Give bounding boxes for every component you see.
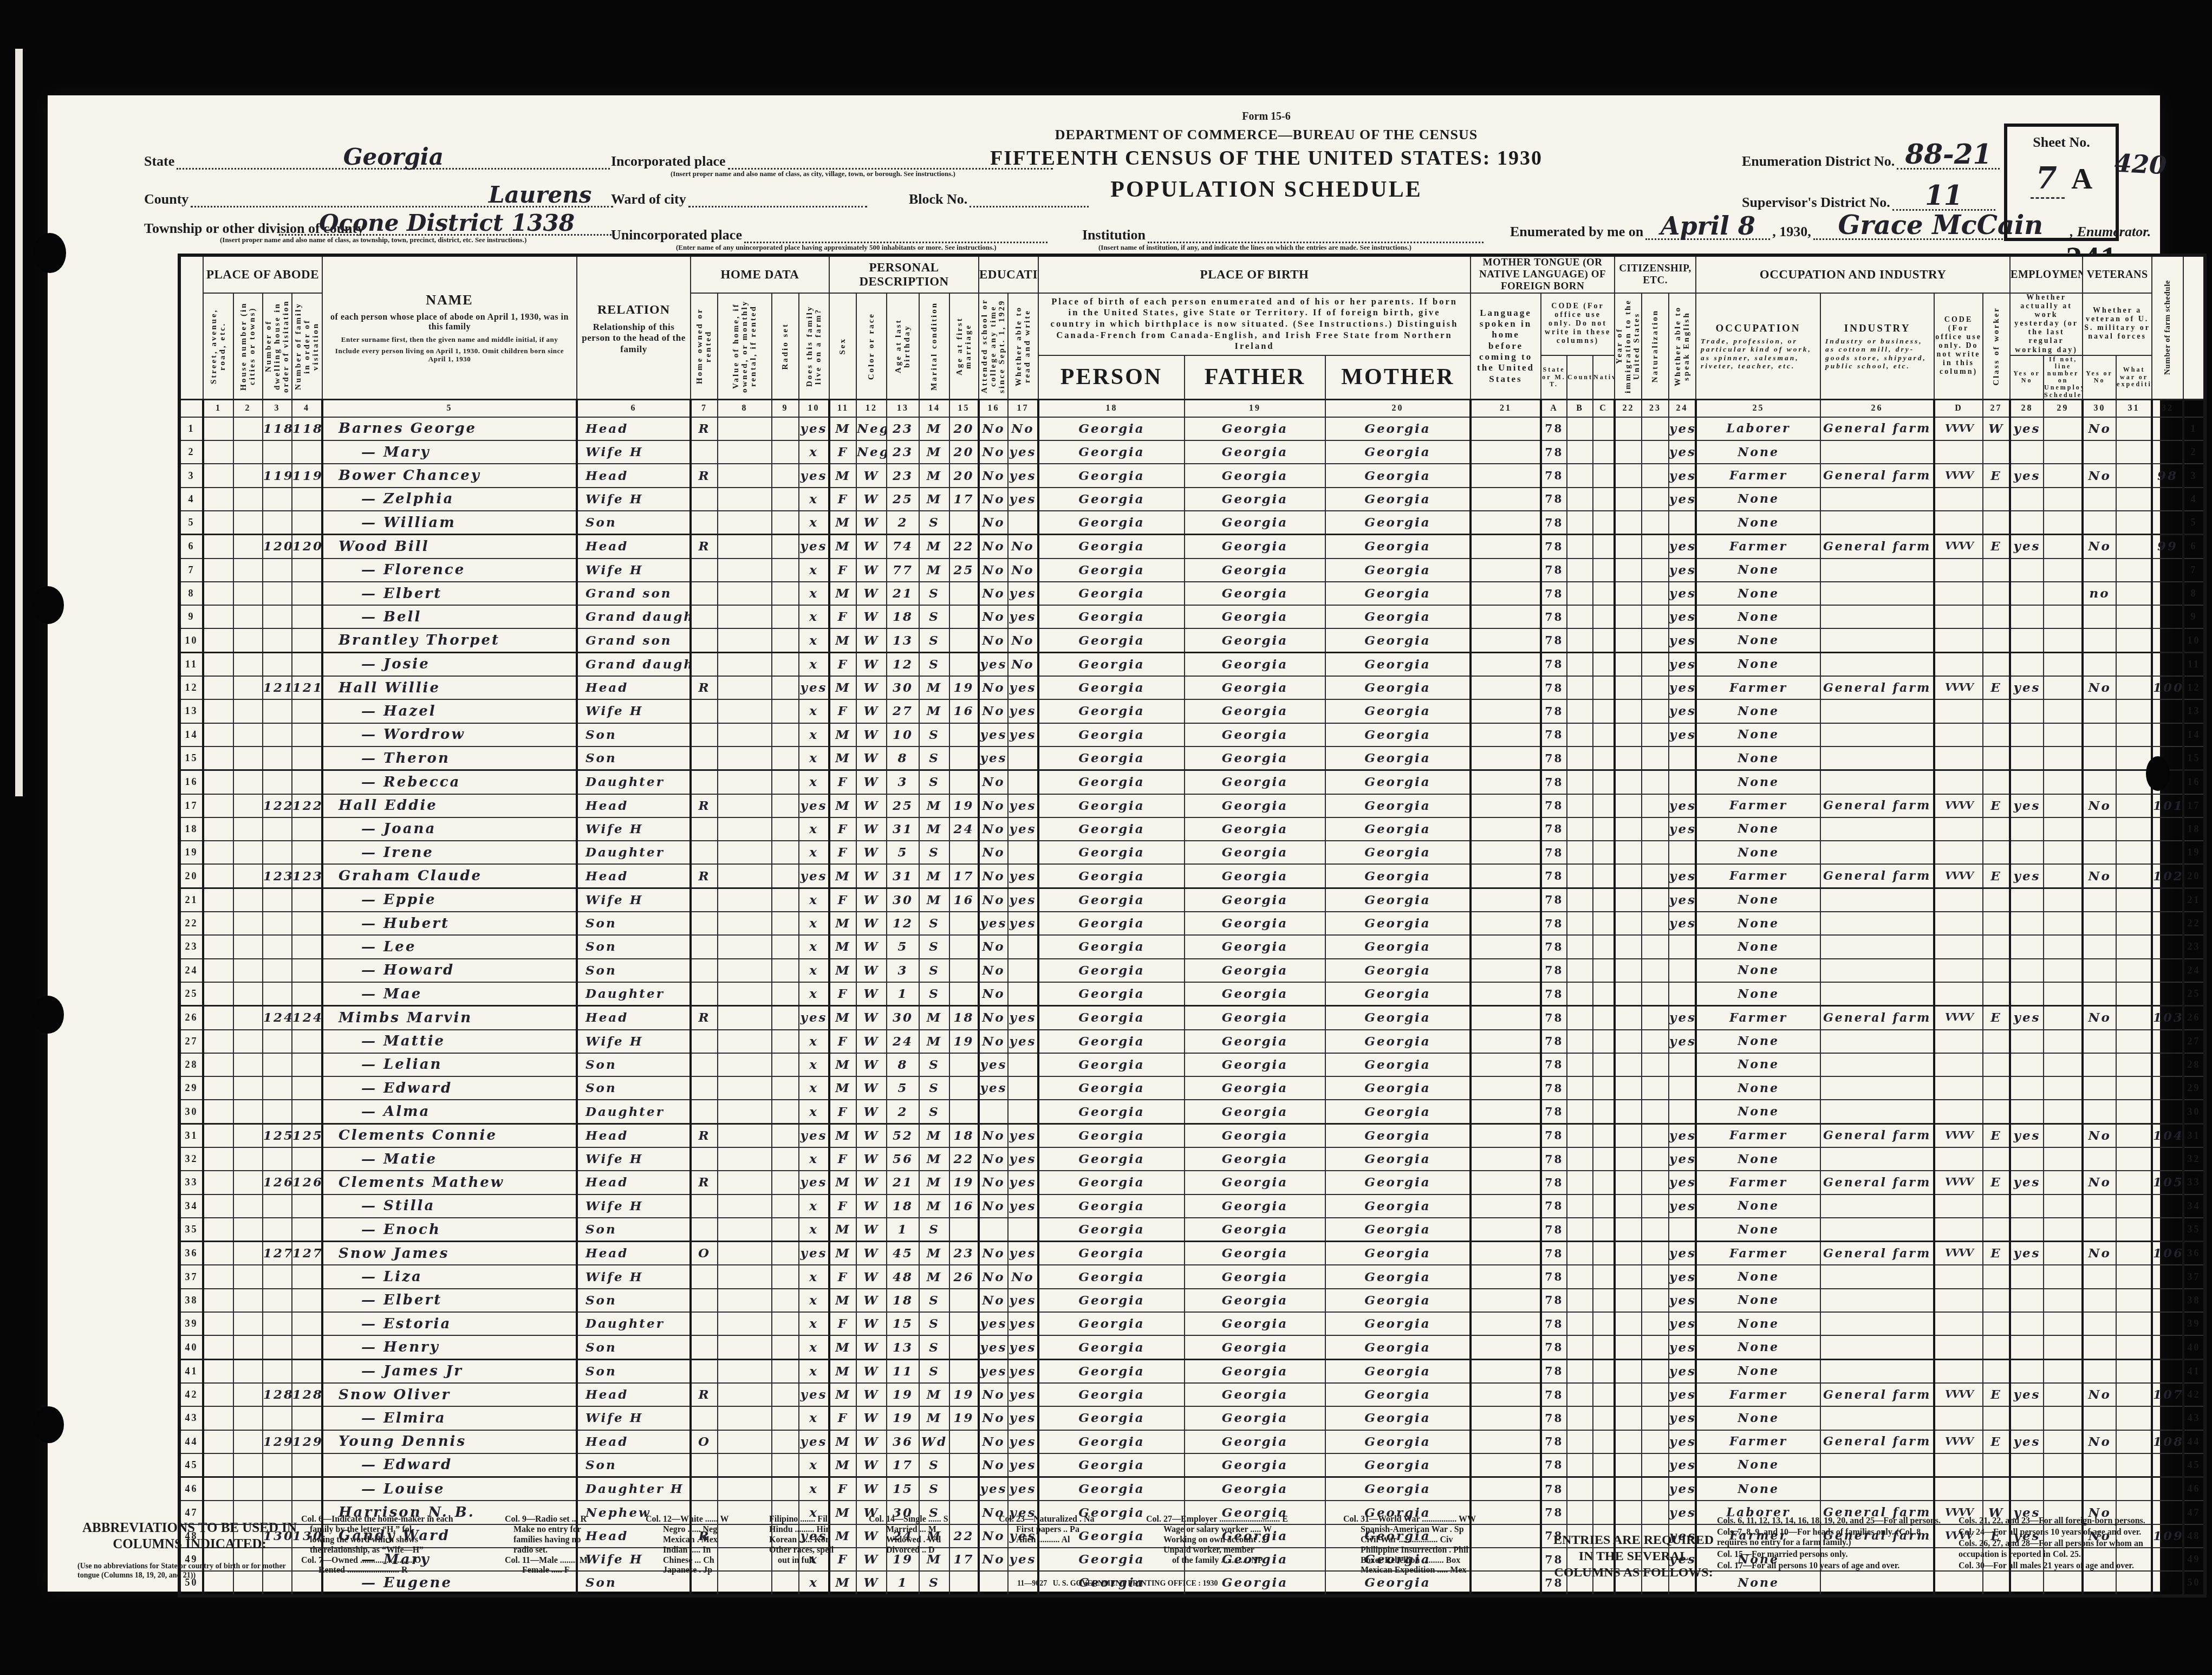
read-write: yes: [1008, 1124, 1038, 1147]
line-number: 44: [179, 1430, 203, 1453]
entries-rule: Cols. 6, 11, 12, 13, 14, 16, 18, 19, 20,…: [1717, 1516, 1950, 1526]
code-d: [1934, 1453, 1983, 1477]
occupation: None: [1696, 652, 1820, 676]
farm: x: [799, 1406, 829, 1430]
occupation: None: [1696, 982, 1820, 1006]
code-b: [1567, 841, 1593, 864]
code-d: [1934, 1053, 1983, 1076]
farm: yes: [799, 417, 829, 440]
immigration-year: [1615, 1477, 1642, 1501]
radio-set: [772, 959, 799, 982]
birthplace-mother: Georgia: [1325, 440, 1471, 464]
code-a: 78: [1541, 770, 1567, 794]
marital-condition: M: [919, 488, 949, 511]
farm-schedule: [2152, 1359, 2183, 1383]
street: [203, 559, 233, 582]
birthplace: Georgia: [1038, 1265, 1185, 1288]
code-c: [1593, 746, 1615, 770]
family-number: [292, 1265, 322, 1288]
line-number: 10: [179, 628, 203, 652]
immigration-year: [1615, 559, 1642, 582]
col-farm: Does this family live on a farm?: [799, 293, 829, 399]
read-write: yes: [1008, 1171, 1038, 1194]
relation: Head: [577, 1171, 691, 1194]
relation: Head: [577, 1383, 691, 1406]
speaks-english: yes: [1669, 1359, 1696, 1383]
class-of-worker: [1983, 841, 2010, 864]
sex: F: [829, 1194, 856, 1218]
institution-field: Institution (Insert name of institution,…: [1082, 223, 1484, 252]
code-d: [1934, 1289, 1983, 1312]
family-number: 118: [292, 417, 322, 440]
radio-set: [772, 464, 799, 487]
relation: Grand daughter: [577, 652, 691, 676]
family-number: [292, 1147, 322, 1171]
farm-schedule: [2152, 1312, 2183, 1335]
home-owned: [691, 582, 718, 605]
war: [2116, 959, 2152, 982]
birthplace-father: Georgia: [1185, 1242, 1325, 1265]
age: 52: [887, 1124, 919, 1147]
immigration-year: [1615, 912, 1642, 935]
age: 8: [887, 1053, 919, 1076]
abbreviation-block: Col. 12—White ...... W Negro ...... Neg …: [646, 1515, 728, 1576]
speaks-english: yes: [1669, 676, 1696, 699]
unemployment-line: [2044, 1006, 2083, 1030]
age: 12: [887, 912, 919, 935]
dwelling-number: [263, 1335, 292, 1359]
code-b: [1567, 605, 1593, 628]
group-veterans: VETERANS: [2083, 255, 2152, 293]
dwelling-number: [263, 559, 292, 582]
color-race: W: [856, 1359, 887, 1383]
home-owned: R: [691, 676, 718, 699]
war: [2116, 440, 2152, 464]
marital-condition: M: [919, 1242, 949, 1265]
home-value: [718, 1076, 772, 1100]
line-number: 3: [179, 464, 203, 487]
table-row: 42128128Snow OliverHeadRyesMW19M19NoyesG…: [179, 1383, 2205, 1406]
farm: yes: [799, 1171, 829, 1194]
industry: General farm: [1820, 1383, 1934, 1406]
marital-condition: S: [919, 1053, 949, 1076]
birthplace: Georgia: [1038, 628, 1185, 652]
farm: x: [799, 1335, 829, 1359]
group-name: NAME of each person whose place of abode…: [322, 255, 577, 399]
immigration-year: [1615, 1100, 1642, 1124]
column-number: 2: [233, 399, 263, 417]
speaks-english: [1669, 841, 1696, 864]
birthplace-father: Georgia: [1185, 1430, 1325, 1453]
language: [1471, 1218, 1541, 1242]
house-number: [233, 628, 263, 652]
birthplace-mother: Georgia: [1325, 511, 1471, 535]
speaks-english: yes: [1669, 1147, 1696, 1171]
code-c: [1593, 1194, 1615, 1218]
home-owned: [691, 1359, 718, 1383]
school: No: [979, 699, 1008, 723]
sex: F: [829, 982, 856, 1006]
house-number: [233, 417, 263, 440]
immigration-year: [1615, 699, 1642, 723]
relation: Son: [577, 1218, 691, 1242]
abbreviation-line: Female ..... F: [505, 1566, 588, 1576]
code-a: 78: [1541, 817, 1567, 841]
birthplace-father: Georgia: [1185, 1406, 1325, 1430]
code-b: [1567, 1076, 1593, 1100]
read-write: yes: [1008, 888, 1038, 912]
language: [1471, 440, 1541, 464]
school: No: [979, 1030, 1008, 1053]
code-c: [1593, 723, 1615, 746]
home-value: [718, 1242, 772, 1265]
language: [1471, 417, 1541, 440]
marital-condition: S: [919, 1076, 949, 1100]
col-school: Attended school or college any time sinc…: [979, 293, 1008, 399]
radio-set: [772, 628, 799, 652]
age: 13: [887, 1335, 919, 1359]
street: [203, 1124, 233, 1147]
unemployment-line: [2044, 746, 2083, 770]
age: 1: [887, 1218, 919, 1242]
house-number: [233, 1076, 263, 1100]
code-a: 78: [1541, 1171, 1567, 1194]
table-row: 33126126Clements MathewHeadRyesMW21M19No…: [179, 1171, 2205, 1194]
house-number: [233, 982, 263, 1006]
line-number: 34: [179, 1194, 203, 1218]
code-c: [1593, 464, 1615, 487]
farm: x: [799, 440, 829, 464]
naturalization: [1642, 1171, 1669, 1194]
birthplace: Georgia: [1038, 864, 1185, 888]
home-owned: [691, 912, 718, 935]
code-a: 78: [1541, 1430, 1567, 1453]
radio-set: [772, 699, 799, 723]
school: No: [979, 888, 1008, 912]
relation: Son: [577, 723, 691, 746]
color-race: W: [856, 1194, 887, 1218]
column-number: 17: [1008, 399, 1038, 417]
house-number: [233, 440, 263, 464]
code-d: [1934, 1477, 1983, 1501]
name: — Edward: [322, 1453, 577, 1477]
naturalization: [1642, 1242, 1669, 1265]
county-field: County Laurens: [144, 187, 613, 207]
immigration-year: [1615, 1265, 1642, 1288]
code-c: [1593, 1265, 1615, 1288]
column-number: 25: [1696, 399, 1820, 417]
house-number: [233, 1312, 263, 1335]
relation: Daughter: [577, 1312, 691, 1335]
at-work: [2010, 440, 2044, 464]
read-write: [1008, 1100, 1038, 1124]
punch-hole: [32, 586, 64, 624]
abbreviation-line: Japanese . Jp: [646, 1566, 728, 1576]
street: [203, 605, 233, 628]
home-value: [718, 1100, 772, 1124]
age: 23: [887, 464, 919, 487]
table-row: 8— ElbertGrand sonxMW21SNoyesGeorgiaGeor…: [179, 582, 2205, 605]
code-b: [1567, 652, 1593, 676]
family-number: [292, 699, 322, 723]
line-number: 30: [179, 1100, 203, 1124]
line-number: 26: [179, 1006, 203, 1030]
col-read-write: Whether able to read and write: [1008, 293, 1038, 399]
age-first-marriage: 19: [949, 1406, 979, 1430]
column-number: 22: [1615, 399, 1642, 417]
table-row: 18— JoanaWife HxFW31M24NoyesGeorgiaGeorg…: [179, 817, 2205, 841]
immigration-year: [1615, 1218, 1642, 1242]
code-d: [1934, 652, 1983, 676]
farm-schedule: [2152, 817, 2183, 841]
table-row: 27— MattieWife HxFW24M19NoyesGeorgiaGeor…: [179, 1030, 2205, 1053]
line-number: 43: [179, 1406, 203, 1430]
relation: Son: [577, 959, 691, 982]
home-owned: [691, 888, 718, 912]
at-work: yes: [2010, 1171, 2044, 1194]
code-a: 78: [1541, 794, 1567, 817]
school: No: [979, 770, 1008, 794]
abbreviation-line: families having no: [505, 1535, 588, 1546]
age-first-marriage: 16: [949, 1194, 979, 1218]
veteran: [2083, 912, 2116, 935]
col-code-state: State or M. T.: [1541, 355, 1567, 400]
farm: x: [799, 1477, 829, 1501]
relation: Head: [577, 1124, 691, 1147]
farm: yes: [799, 1383, 829, 1406]
at-work: [2010, 1076, 2044, 1100]
code-a: 78: [1541, 841, 1567, 864]
language: [1471, 699, 1541, 723]
unemployment-line: [2044, 699, 2083, 723]
naturalization: [1642, 464, 1669, 487]
age: 5: [887, 841, 919, 864]
home-owned: [691, 959, 718, 982]
age-first-marriage: [949, 1477, 979, 1501]
ward-label: Ward of city: [611, 191, 686, 207]
occupation: None: [1696, 746, 1820, 770]
school: yes: [979, 1076, 1008, 1100]
birthplace: Georgia: [1038, 1030, 1185, 1053]
relation: Head: [577, 417, 691, 440]
farm-schedule: [2152, 888, 2183, 912]
name: — Wordrow: [322, 723, 577, 746]
language: [1471, 1030, 1541, 1053]
line-number-right: 15: [2183, 746, 2205, 770]
sex: M: [829, 1218, 856, 1242]
farm: x: [799, 559, 829, 582]
marital-condition: S: [919, 1312, 949, 1335]
line-number: 23: [179, 935, 203, 958]
relation: Wife H: [577, 817, 691, 841]
farm: x: [799, 1312, 829, 1335]
industry: [1820, 1312, 1934, 1335]
code-c: [1593, 935, 1615, 958]
veteran: No: [2083, 1171, 2116, 1194]
school: No: [979, 676, 1008, 699]
name: Clements Connie: [322, 1124, 577, 1147]
industry: General farm: [1820, 676, 1934, 699]
farm-schedule: [2152, 1453, 2183, 1477]
code-c: [1593, 1053, 1615, 1076]
radio-set: [772, 1430, 799, 1453]
home-owned: [691, 1312, 718, 1335]
group-personal-description: PERSONAL DESCRIPTION: [829, 255, 979, 293]
line-number: 45: [179, 1453, 203, 1477]
col-birthplace-person: PERSON: [1038, 355, 1185, 400]
code-d: [1934, 841, 1983, 864]
language: [1471, 1453, 1541, 1477]
marital-condition: S: [919, 511, 949, 535]
age: 17: [887, 1453, 919, 1477]
street: [203, 582, 233, 605]
language: [1471, 959, 1541, 982]
class-of-worker: [1983, 440, 2010, 464]
ed-line: 88-21: [1897, 150, 2000, 170]
family-number: [292, 1053, 322, 1076]
birthplace: Georgia: [1038, 488, 1185, 511]
industry: [1820, 1053, 1934, 1076]
home-value: [718, 440, 772, 464]
at-work: [2010, 746, 2044, 770]
class-of-worker: [1983, 488, 2010, 511]
birthplace-father: Georgia: [1185, 1053, 1325, 1076]
age-first-marriage: 18: [949, 1124, 979, 1147]
read-write: yes: [1008, 1359, 1038, 1383]
farm: x: [799, 1053, 829, 1076]
sex: F: [829, 1406, 856, 1430]
unemployment-line: [2044, 605, 2083, 628]
home-value: [718, 1006, 772, 1030]
speaks-english: yes: [1669, 559, 1696, 582]
naturalization: [1642, 888, 1669, 912]
house-number: [233, 912, 263, 935]
table-row: 20123123Graham ClaudeHeadRyesMW31M17Noye…: [179, 864, 2205, 888]
radio-set: [772, 511, 799, 535]
unemployment-line: [2044, 628, 2083, 652]
naturalization: [1642, 582, 1669, 605]
col-occupation: OCCUPATION Trade, profession, or particu…: [1696, 293, 1820, 399]
abbreviation-line: Col. 12—White ...... W: [646, 1515, 728, 1525]
margin-note: 420: [2114, 148, 2168, 180]
read-write: yes: [1008, 1383, 1038, 1406]
line-number: 38: [179, 1289, 203, 1312]
class-of-worker: [1983, 652, 2010, 676]
read-write: [1008, 935, 1038, 958]
township-line: Ocone District 1338: [279, 216, 615, 236]
code-c: [1593, 582, 1615, 605]
street: [203, 1312, 233, 1335]
home-value: [718, 1406, 772, 1430]
home-owned: [691, 652, 718, 676]
birthplace: Georgia: [1038, 582, 1185, 605]
col-immigration-year: Year of immigration to the United States: [1615, 293, 1642, 399]
speaks-english: yes: [1669, 1406, 1696, 1430]
sex: M: [829, 464, 856, 487]
color-race: W: [856, 723, 887, 746]
code-d: [1934, 912, 1983, 935]
code-d: [1934, 817, 1983, 841]
radio-set: [772, 535, 799, 559]
radio-set: [772, 582, 799, 605]
house-number: [233, 1406, 263, 1430]
color-race: W: [856, 770, 887, 794]
sex: F: [829, 1265, 856, 1288]
birthplace-mother: Georgia: [1325, 1030, 1471, 1053]
home-value: [718, 864, 772, 888]
veteran: [2083, 1147, 2116, 1171]
color-race: W: [856, 1477, 887, 1501]
table-row: 9— BellGrand daughterxFW18SNoyesGeorgiaG…: [179, 605, 2205, 628]
code-c: [1593, 1076, 1615, 1100]
line-number: 17: [179, 794, 203, 817]
birthplace-mother: Georgia: [1325, 1430, 1471, 1453]
speaks-english: yes: [1669, 1383, 1696, 1406]
language: [1471, 888, 1541, 912]
age-first-marriage: 26: [949, 1265, 979, 1288]
language: [1471, 1124, 1541, 1147]
class-of-worker: [1983, 511, 2010, 535]
radio-set: [772, 1335, 799, 1359]
veteran: [2083, 817, 2116, 841]
sex: F: [829, 888, 856, 912]
table-row: 13— HazelWife HxFW27M16NoyesGeorgiaGeorg…: [179, 699, 2205, 723]
birthplace-mother: Georgia: [1325, 1406, 1471, 1430]
birthplace-mother: Georgia: [1325, 1147, 1471, 1171]
language: [1471, 488, 1541, 511]
marital-condition: S: [919, 1453, 949, 1477]
column-number: 23: [1642, 399, 1669, 417]
age-first-marriage: [949, 605, 979, 628]
code-d: [1934, 1076, 1983, 1100]
war: [2116, 1406, 2152, 1430]
relation: Wife H: [577, 1030, 691, 1053]
sex: M: [829, 417, 856, 440]
birthplace-father: Georgia: [1185, 440, 1325, 464]
relation: Head: [577, 1242, 691, 1265]
column-number: 19: [1185, 399, 1325, 417]
dwelling-number: [263, 652, 292, 676]
line-col-header: [179, 255, 203, 399]
birthplace-father: Georgia: [1185, 699, 1325, 723]
birthplace: Georgia: [1038, 1430, 1185, 1453]
language: [1471, 817, 1541, 841]
birthplace: Georgia: [1038, 1218, 1185, 1242]
sex: F: [829, 817, 856, 841]
street: [203, 912, 233, 935]
code-a: 78: [1541, 1100, 1567, 1124]
code-b: [1567, 888, 1593, 912]
naturalization: [1642, 699, 1669, 723]
veteran: [2083, 746, 2116, 770]
family-number: 128: [292, 1383, 322, 1406]
occupation: None: [1696, 912, 1820, 935]
code-a: 78: [1541, 1312, 1567, 1335]
relation: Wife H: [577, 1147, 691, 1171]
occupation: None: [1696, 1453, 1820, 1477]
birthplace: Georgia: [1038, 417, 1185, 440]
industry: [1820, 746, 1934, 770]
line-number-right: 47: [2183, 1501, 2205, 1524]
col-class-of-worker: Class of worker: [1983, 293, 2010, 399]
age-first-marriage: 19: [949, 1171, 979, 1194]
veteran: No: [2083, 464, 2116, 487]
language: [1471, 1406, 1541, 1430]
veteran-description: Whether a veteran of U. S. military or n…: [2083, 293, 2152, 355]
dwelling-number: 118: [263, 417, 292, 440]
birthplace: Georgia: [1038, 817, 1185, 841]
abbreviation-line: Widowed . Wd: [869, 1535, 948, 1546]
